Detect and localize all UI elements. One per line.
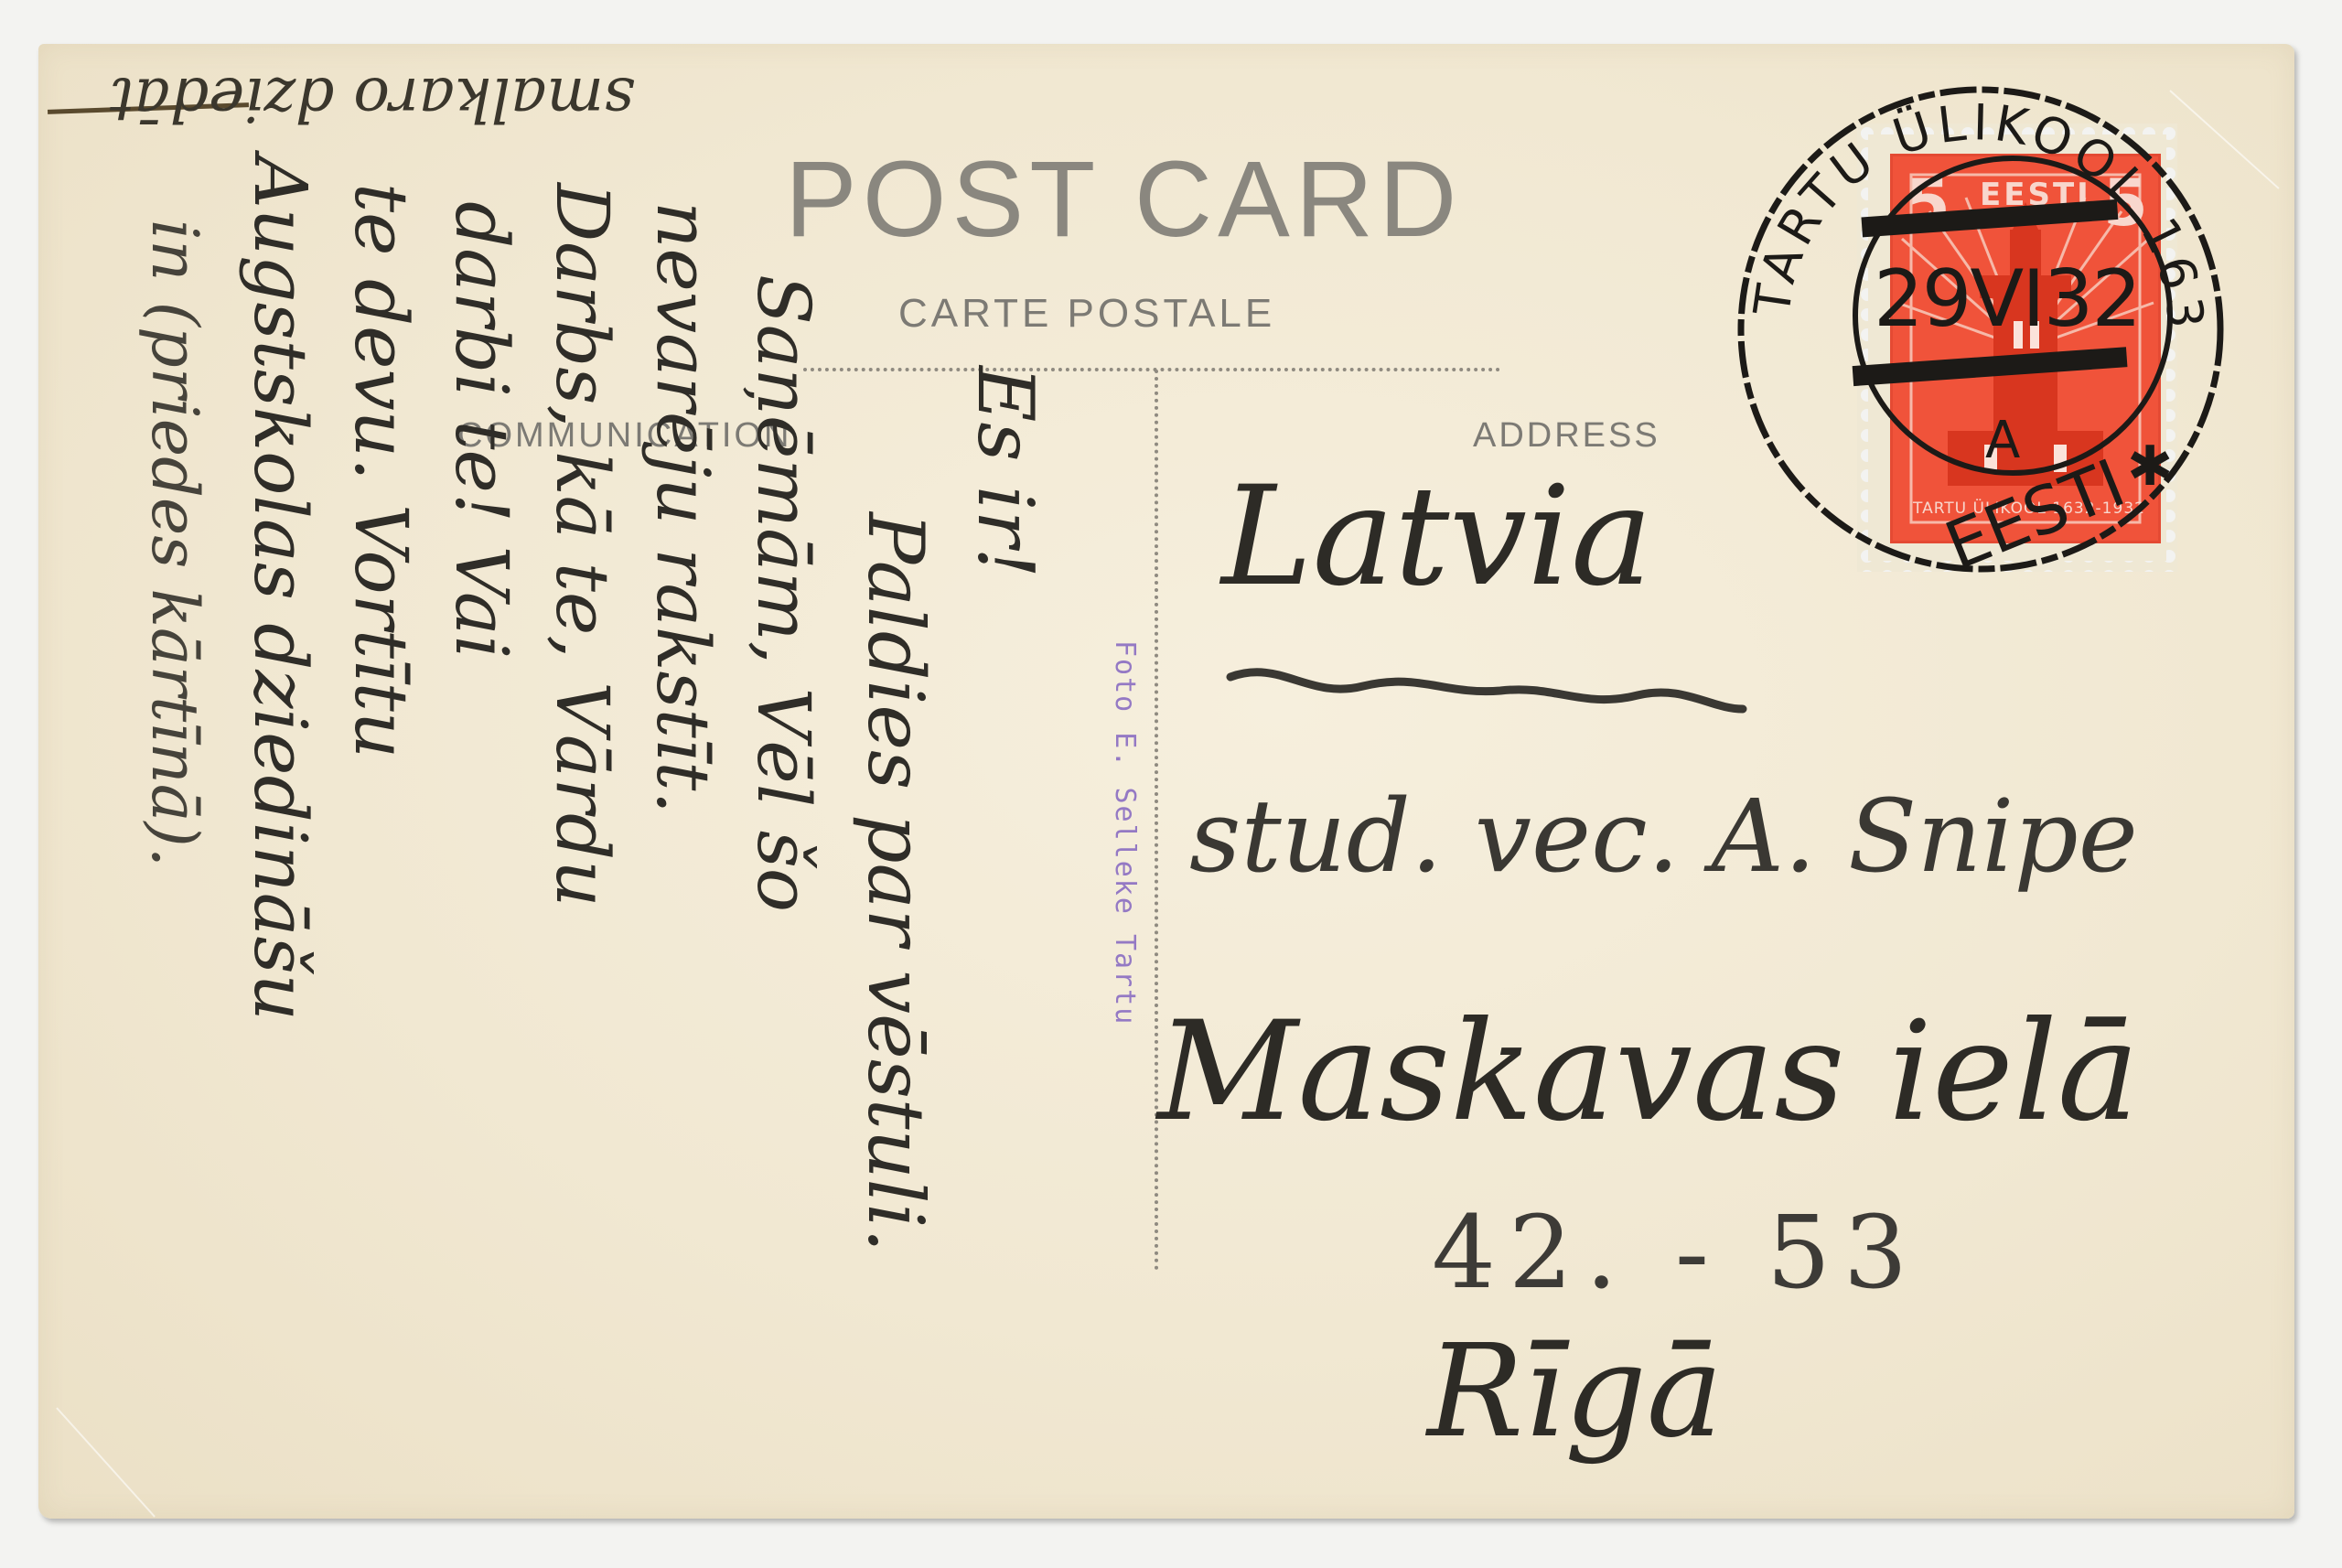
address-country: Latvia <box>1221 457 1652 617</box>
message-line: te devu. Vortītu <box>338 183 424 758</box>
photographer-imprint: Foto E. Selleke Tartu <box>1109 640 1141 1026</box>
postmark-date: 29VI32 <box>1874 253 2140 345</box>
message-line: darbi te! Vai <box>439 201 524 659</box>
message-line: Saņēmām, Vēl šo <box>741 274 826 912</box>
message-line: Paldies par vēstuli. <box>851 512 940 1252</box>
message-line: in (priedes kārtīnā). <box>137 220 212 867</box>
wavy-underline-icon <box>1226 659 1747 714</box>
message-top-line: smalkaro dziedāt <box>110 64 635 134</box>
message-line: Es ir! <box>961 366 1050 578</box>
postcard-subtitle: CARTE POSTALE <box>898 291 1275 337</box>
address-number: 42. - 53 <box>1432 1194 1920 1311</box>
svg-text:✱: ✱ <box>2127 435 2173 499</box>
message-line: Darbs, kā te, Vārdu <box>540 183 625 908</box>
message-line: nevarēju rakstīt. <box>640 201 725 814</box>
postcard-title: POST CARD <box>785 137 1462 262</box>
address-label: ADDRESS <box>1473 416 1660 456</box>
address-street: Maskavas ielā <box>1157 993 2139 1152</box>
postmark-icon: TARTU ÜLIKOOL 1632-1932 29VI32 A EESTI ✱ <box>1711 55 2241 585</box>
header-divider <box>803 368 1500 371</box>
postmark-series: A <box>1985 411 2020 470</box>
paper-crease <box>56 1407 156 1517</box>
address-city: Rīgā <box>1427 1317 1723 1466</box>
address-recipient: stud. vec. A. Snipe <box>1189 778 2138 895</box>
message-line: Augstskolas dziedināšu <box>238 156 323 1021</box>
